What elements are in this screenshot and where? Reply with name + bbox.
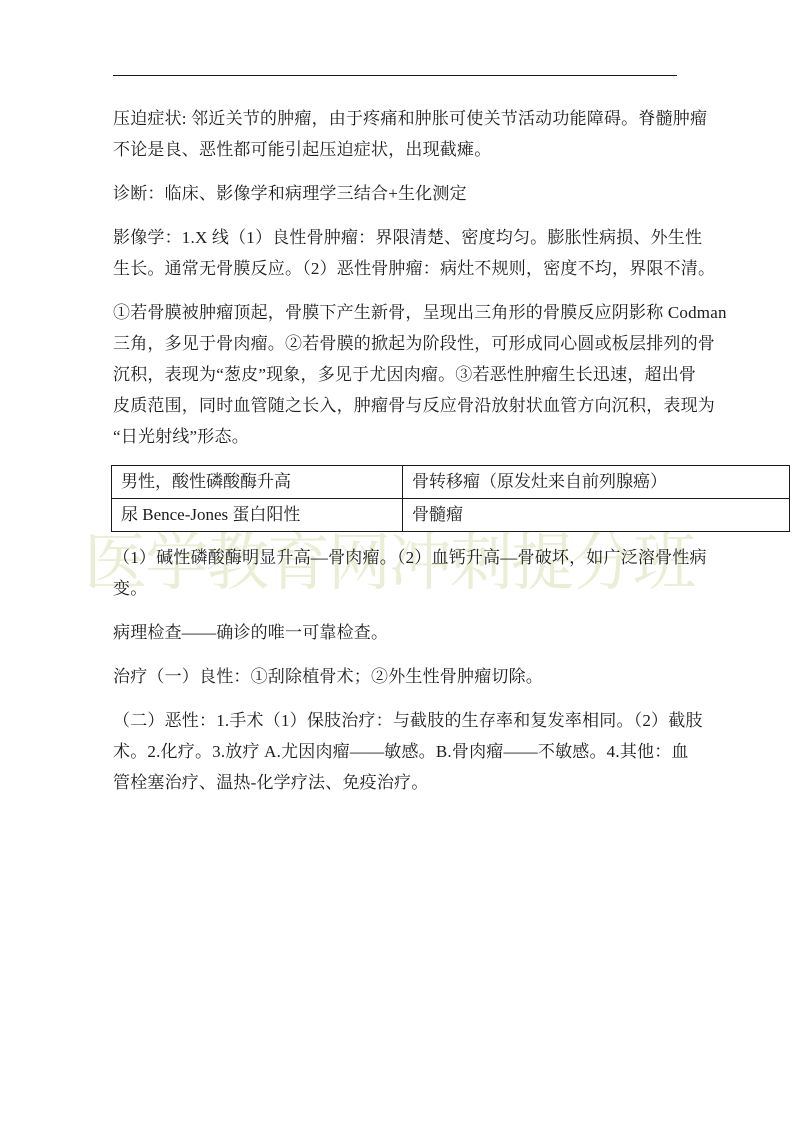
table-cell-finding: 尿 Bence-Jones 蛋白阳性 [112, 499, 403, 532]
header-rule [113, 75, 677, 76]
paragraph-treatment-benign: 治疗（一）良性：①刮除植骨术；②外生性骨肿瘤切除。 [113, 661, 753, 692]
paragraph-imaging-xray: 影像学：1.X 线（1）良性骨肿瘤：界限清楚、密度均匀。膨胀性病损、外生性 生长… [113, 222, 753, 284]
document-content: 压迫症状: 邻近关节的肿瘤，由于疼痛和肿胀可使关节活动功能障碍。脊髓肿瘤 不论是… [113, 103, 753, 811]
paragraph-pathology-exam: 病理检查——确诊的唯一可靠检查。 [113, 617, 753, 648]
paragraph-compression-symptoms: 压迫症状: 邻近关节的肿瘤，由于疼痛和肿胀可使关节活动功能障碍。脊髓肿瘤 不论是… [113, 103, 753, 165]
table-cell-finding: 男性，酸性磷酸酶升高 [112, 466, 403, 499]
paragraph-treatment-malignant: （二）恶性：1.手术（1）保肢治疗：与截肢的生存率和复发率相同。（2）截肢 术。… [113, 705, 753, 798]
paragraph-diagnosis: 诊断：临床、影像学和病理学三结合+生化测定 [113, 178, 753, 209]
table-row: 男性，酸性磷酸酶升高 骨转移瘤（原发灶来自前列腺癌） [112, 466, 790, 499]
paragraph-periosteal-reactions: ①若骨膜被肿瘤顶起，骨膜下产生新骨，呈现出三角形的骨膜反应阴影称 Codman … [113, 297, 753, 452]
document-page: 医学教育网冲刺提分班 压迫症状: 邻近关节的肿瘤，由于疼痛和肿胀可使关节活动功能… [0, 0, 793, 1122]
lab-findings-table: 男性，酸性磷酸酶升高 骨转移瘤（原发灶来自前列腺癌） 尿 Bence-Jones… [111, 465, 790, 532]
table-cell-tumor: 骨髓瘤 [403, 499, 790, 532]
table-row: 尿 Bence-Jones 蛋白阳性 骨髓瘤 [112, 499, 790, 532]
paragraph-biochemical-findings: （1）碱性磷酸酶明显升高—骨肉瘤。（2）血钙升高—骨破坏，如广泛溶骨性病 变。 [113, 542, 753, 604]
table-cell-tumor: 骨转移瘤（原发灶来自前列腺癌） [403, 466, 790, 499]
